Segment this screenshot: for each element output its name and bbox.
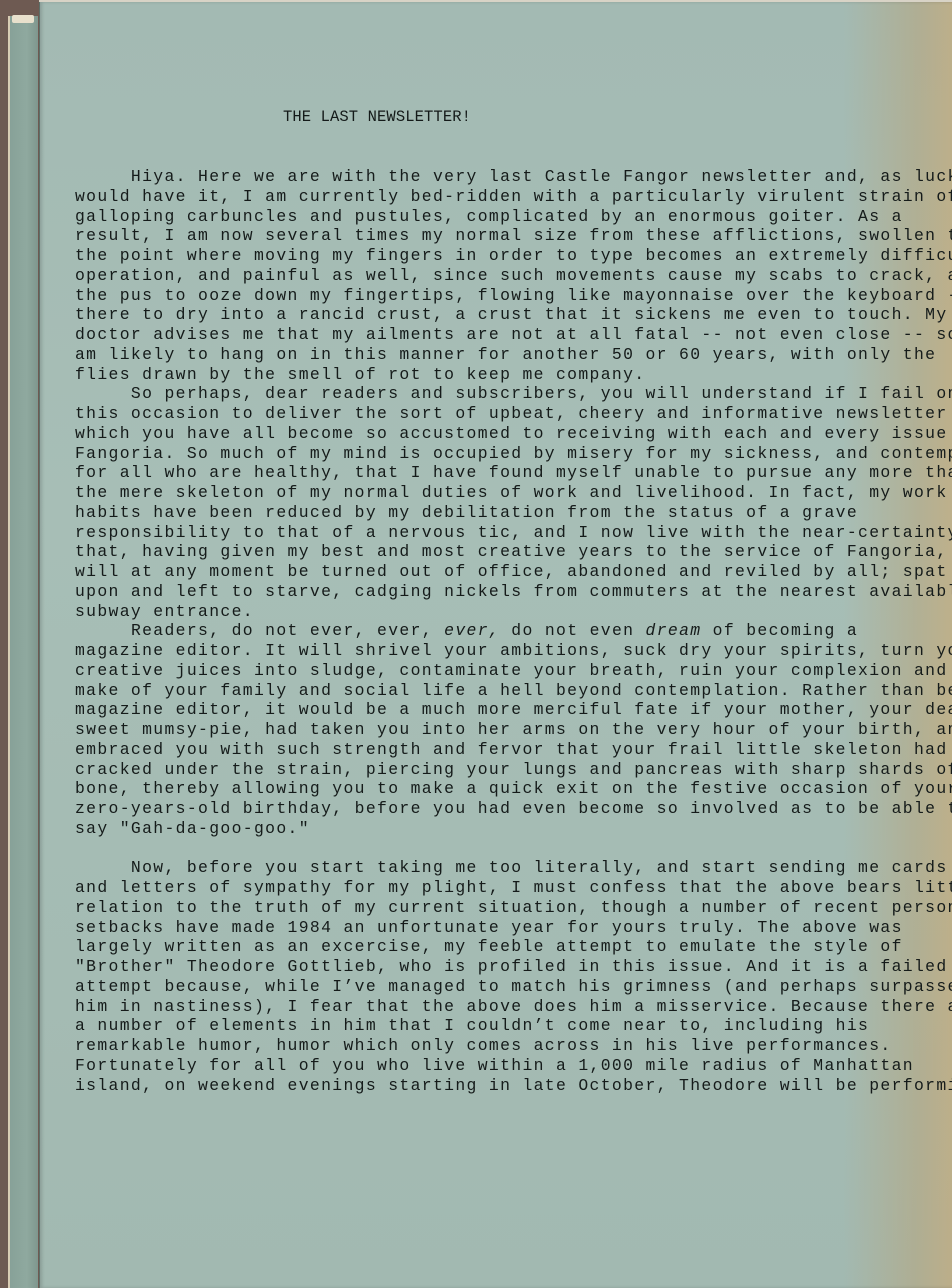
text-line: there to dry into a rancid crust, a crus… [75, 305, 895, 325]
text-line: am likely to hang on in this manner for … [75, 345, 895, 365]
text-line: say "Gah-da-goo-goo." [75, 819, 895, 839]
text-line: flies drawn by the smell of rot to keep … [75, 365, 895, 385]
back-sheet-top-edge [12, 15, 34, 23]
text-line: setbacks have made 1984 an unfortunate y… [75, 918, 895, 938]
text-line: embraced you with such strength and ferv… [75, 740, 895, 760]
text-line: would have it, I am currently bed-ridden… [75, 187, 895, 207]
text-line: largely written as an excercise, my feeb… [75, 937, 895, 957]
text-line: magazine editor. It will shrivel your am… [75, 641, 895, 661]
text-line: a number of elements in him that I could… [75, 1016, 895, 1036]
text-line: the pus to ooze down my fingertips, flow… [75, 286, 895, 306]
text-line: the point where moving my fingers in ord… [75, 246, 895, 266]
text-line: relation to the truth of my current situ… [75, 898, 895, 918]
text-line: operation, and painful as well, since su… [75, 266, 895, 286]
blank-line [75, 839, 895, 859]
text-line: the mere skeleton of my normal duties of… [75, 483, 895, 503]
text-line: bone, thereby allowing you to make a qui… [75, 779, 895, 799]
text-line: "Brother" Theodore Gottlieb, who is prof… [75, 957, 895, 977]
text-line: zero-years-old birthday, before you had … [75, 799, 895, 819]
text-line: him in nastiness), I fear that the above… [75, 997, 895, 1017]
text-line: habits have been reduced by my debilitat… [75, 503, 895, 523]
text-line: galloping carbuncles and pustules, compl… [75, 207, 895, 227]
text-line: and letters of sympathy for my plight, I… [75, 878, 895, 898]
text-run: Readers, do not ever, ever, [131, 621, 444, 640]
text-line: upon and left to starve, cadging nickels… [75, 582, 895, 602]
text-line: for all who are healthy, that I have fou… [75, 463, 895, 483]
text-line: attempt because, while I’ve managed to m… [75, 977, 895, 997]
text-line: result, I am now several times my normal… [75, 226, 895, 246]
text-line: doctor advises me that my ailments are n… [75, 325, 895, 345]
paragraph: So perhaps, dear readers and subscribers… [75, 384, 895, 621]
text-line: cracked under the strain, piercing your … [75, 760, 895, 780]
text-line: sweet mumsy-pie, had taken you into her … [75, 720, 895, 740]
emphasis-text: ever, [444, 621, 500, 640]
text-line: island, on weekend evenings starting in … [75, 1076, 895, 1096]
text-line: Readers, do not ever, ever, ever, do not… [75, 621, 895, 641]
text-line: Now, before you start taking me too lite… [75, 858, 895, 878]
text-line: will at any moment be turned out of offi… [75, 562, 895, 582]
text-line: creative juices into sludge, contaminate… [75, 661, 895, 681]
text-line: responsibility to that of a nervous tic,… [75, 523, 895, 543]
paragraph: Hiya. Here we are with the very last Cas… [75, 167, 895, 384]
text-run: do not even [500, 621, 645, 640]
document-body: Hiya. Here we are with the very last Cas… [75, 167, 895, 1095]
text-run: of becoming a [701, 621, 858, 640]
back-sheet-edge [8, 16, 38, 1288]
emphasis-text: dream [646, 621, 702, 640]
text-line: this occasion to deliver the sort of upb… [75, 404, 895, 424]
text-line: Hiya. Here we are with the very last Cas… [75, 167, 895, 187]
text-line: which you have all become so accustomed … [75, 424, 895, 444]
text-line: remarkable humor, humor which only comes… [75, 1036, 895, 1056]
text-line: make of your family and social life a he… [75, 681, 895, 701]
text-line: So perhaps, dear readers and subscribers… [75, 384, 895, 404]
text-line: subway entrance. [75, 602, 895, 622]
text-line: that, having given my best and most crea… [75, 542, 895, 562]
text-line: magazine editor, it would be a much more… [75, 700, 895, 720]
text-line: Fortunately for all of you who live with… [75, 1056, 895, 1076]
paragraph: Readers, do not ever, ever, ever, do not… [75, 621, 895, 838]
text-line: Fangoria. So much of my mind is occupied… [75, 444, 895, 464]
document-title: THE LAST NEWSLETTER! [283, 108, 471, 126]
paragraph: Now, before you start taking me too lite… [75, 839, 895, 1096]
